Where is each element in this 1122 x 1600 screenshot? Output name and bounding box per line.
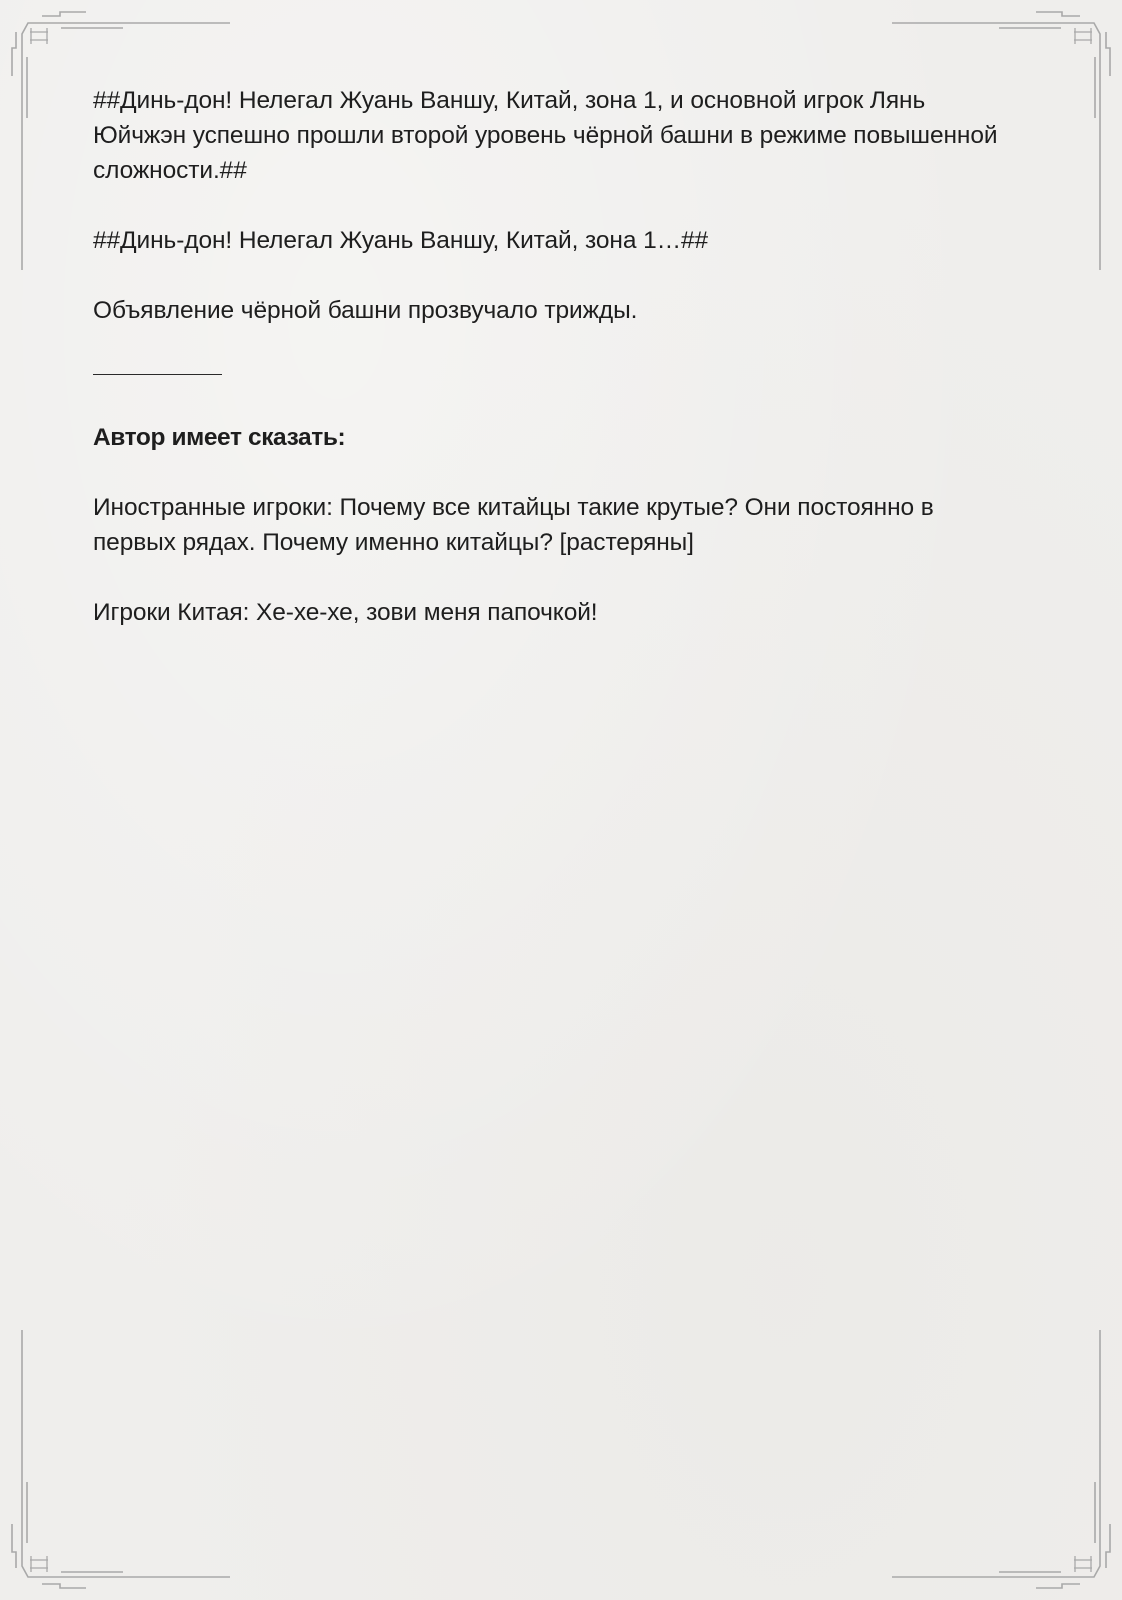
author-note-paragraph: Иностранные игроки: Почему все китайцы т…	[93, 490, 1023, 560]
announcement-repeat-paragraph: ##Динь-дон! Нелегал Жуань Ваншу, Китай, …	[93, 223, 1023, 258]
narration-paragraph: Объявление чёрной башни прозвучало трижд…	[93, 293, 1023, 328]
announcement-paragraph: ##Динь-дон! Нелегал Жуань Ваншу, Китай, …	[93, 83, 1023, 188]
author-note-heading: Автор имеет сказать:	[93, 420, 1023, 455]
section-separator	[93, 374, 222, 375]
document-body: ##Динь-дон! Нелегал Жуань Ваншу, Китай, …	[93, 83, 1023, 665]
author-note-paragraph: Игроки Китая: Хе-хе-хе, зови меня папочк…	[93, 595, 1023, 630]
